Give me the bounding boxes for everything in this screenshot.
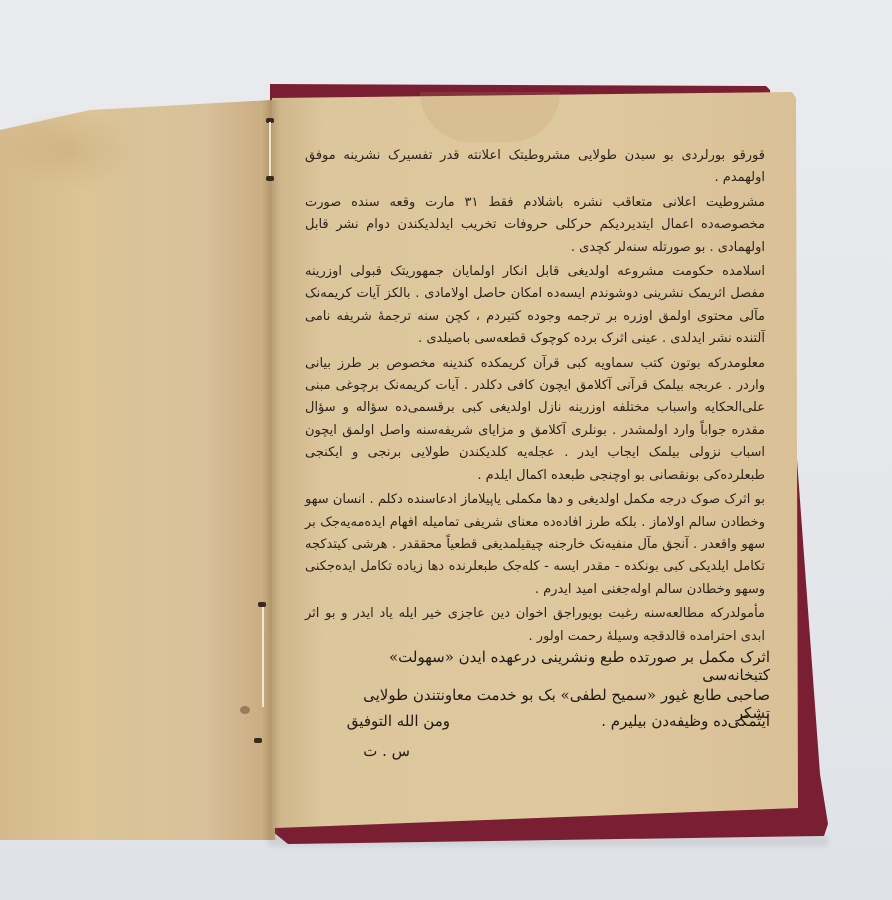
paragraph: بو اثرک صوک درجه مکمل اولدیغی و دها مکمل… — [305, 489, 765, 601]
handwritten-closing: ومن الله التوفیق — [320, 712, 450, 730]
handwritten-line: اثرک مکمل بر صورتده طبع ونشرینی درعهده ا… — [330, 648, 770, 684]
paragraph: قورقو بورلردی بو سبدن طولایی مشروطیتک اع… — [305, 145, 765, 190]
paragraph: معلومدرکه بوتون کتب سماویه کبی قرآن کریم… — [305, 353, 765, 487]
stain-spot — [240, 706, 250, 714]
handwritten-initials: س . ت — [340, 742, 410, 760]
binding-stitch-hole — [254, 738, 262, 743]
book-gutter — [262, 100, 280, 840]
handwritten-line: ایتمکی‌ده وظیفه‌دن بیلیرم . — [560, 712, 770, 730]
binding-thread — [262, 607, 264, 707]
left-page-blank — [0, 100, 275, 840]
paragraph: مأمولدرکه مطالعه‌سنه رغبت بویوراجق اخوان… — [305, 603, 765, 648]
water-stain — [0, 110, 140, 190]
binding-thread — [269, 122, 271, 180]
printed-text-block: قورقو بورلردی بو سبدن طولایی مشروطیتک اع… — [305, 145, 765, 650]
paragraph: اسلامده حکومت مشروعه اولدیغی قابل انکار … — [305, 261, 765, 351]
paragraph: مشروطیت اعلانی متعاقب نشره باشلادم فقط ۳… — [305, 192, 765, 259]
binding-stitch-hole — [266, 176, 274, 181]
